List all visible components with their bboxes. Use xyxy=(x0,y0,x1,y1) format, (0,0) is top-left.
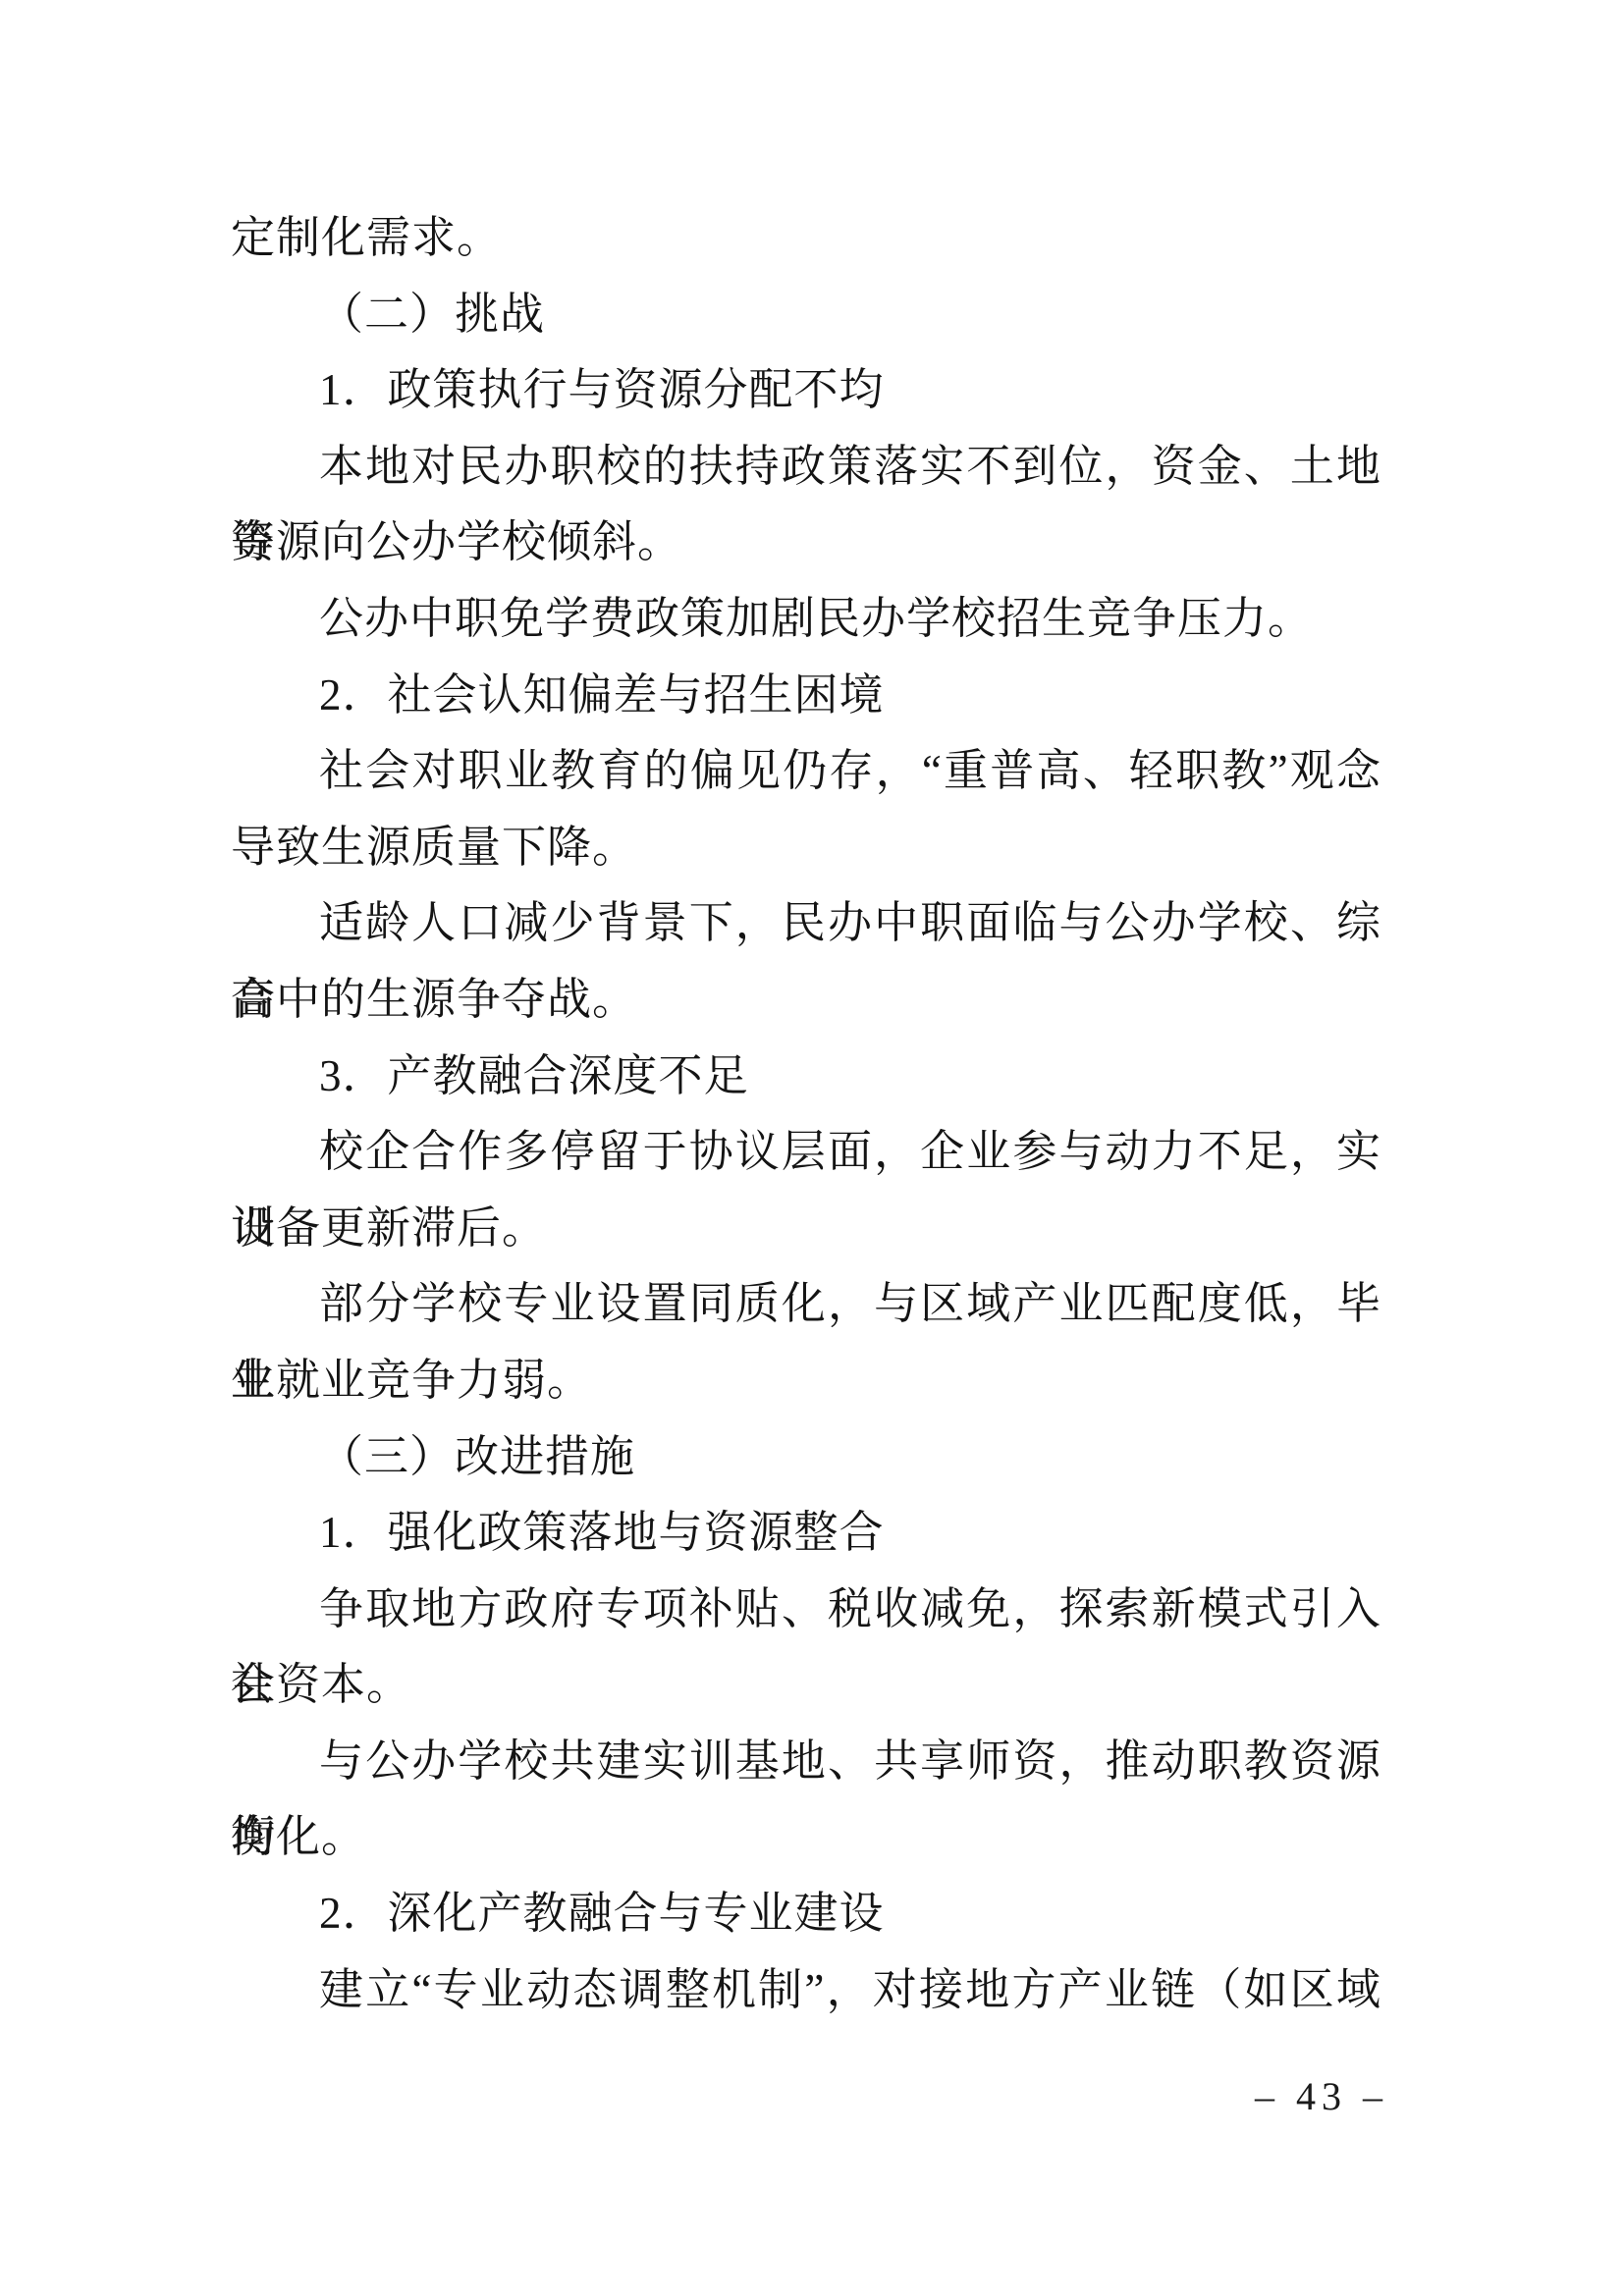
document-body: 定制化需求。（二）挑战1．政策执行与资源分配不均本地对民办职校的扶持政策落实不到… xyxy=(231,200,1381,2028)
text-line: 3．产教融合深度不足 xyxy=(231,1039,1381,1115)
text-line: 1．强化政策落地与资源整合 xyxy=(231,1495,1381,1572)
text-line: 生就业竞争力弱。 xyxy=(231,1343,1381,1419)
text-line: 2．深化产教融合与专业建设 xyxy=(231,1876,1381,1952)
text-line: 衡化。 xyxy=(231,1799,1381,1876)
text-line: 定制化需求。 xyxy=(231,200,1381,277)
text-line: 会资本。 xyxy=(231,1647,1381,1724)
text-line: 校企合作多停留于协议层面，企业参与动力不足，实训 xyxy=(231,1114,1381,1191)
text-line: 1．政策执行与资源分配不均 xyxy=(231,352,1381,429)
text-line: 2．社会认知偏差与招生困境 xyxy=(231,658,1381,734)
text-line: 导致生源质量下降。 xyxy=(231,810,1381,886)
text-line: （二）挑战 xyxy=(231,277,1381,353)
text-line: 与公办学校共建实训基地、共享师资，推动职教资源均 xyxy=(231,1724,1381,1800)
text-line: 资源向公办学校倾斜。 xyxy=(231,505,1381,581)
text-line: 部分学校专业设置同质化，与区域产业匹配度低，毕业 xyxy=(231,1266,1381,1343)
text-line: 公办中职免学费政策加剧民办学校招生竞争压力。 xyxy=(231,581,1381,658)
text-line: 社会对职业教育的偏见仍存，“重普高、轻职教”观念 xyxy=(231,733,1381,810)
text-line: 建立“专业动态调整机制”，对接地方产业链（如区域 xyxy=(231,1952,1381,2029)
text-line: 本地对民办职校的扶持政策落实不到位，资金、土地等 xyxy=(231,429,1381,506)
text-line: 高中的生源争夺战。 xyxy=(231,962,1381,1039)
text-line: 适龄人口减少背景下，民办中职面临与公办学校、综合 xyxy=(231,885,1381,962)
text-line: 设备更新滞后。 xyxy=(231,1191,1381,1267)
text-line: （三）改进措施 xyxy=(231,1419,1381,1496)
document-page: 定制化需求。（二）挑战1．政策执行与资源分配不均本地对民办职校的扶持政策落实不到… xyxy=(0,0,1624,2296)
text-line: 争取地方政府专项补贴、税收减免，探索新模式引入社 xyxy=(231,1572,1381,1648)
page-number: – 43 – xyxy=(1255,2073,1388,2120)
